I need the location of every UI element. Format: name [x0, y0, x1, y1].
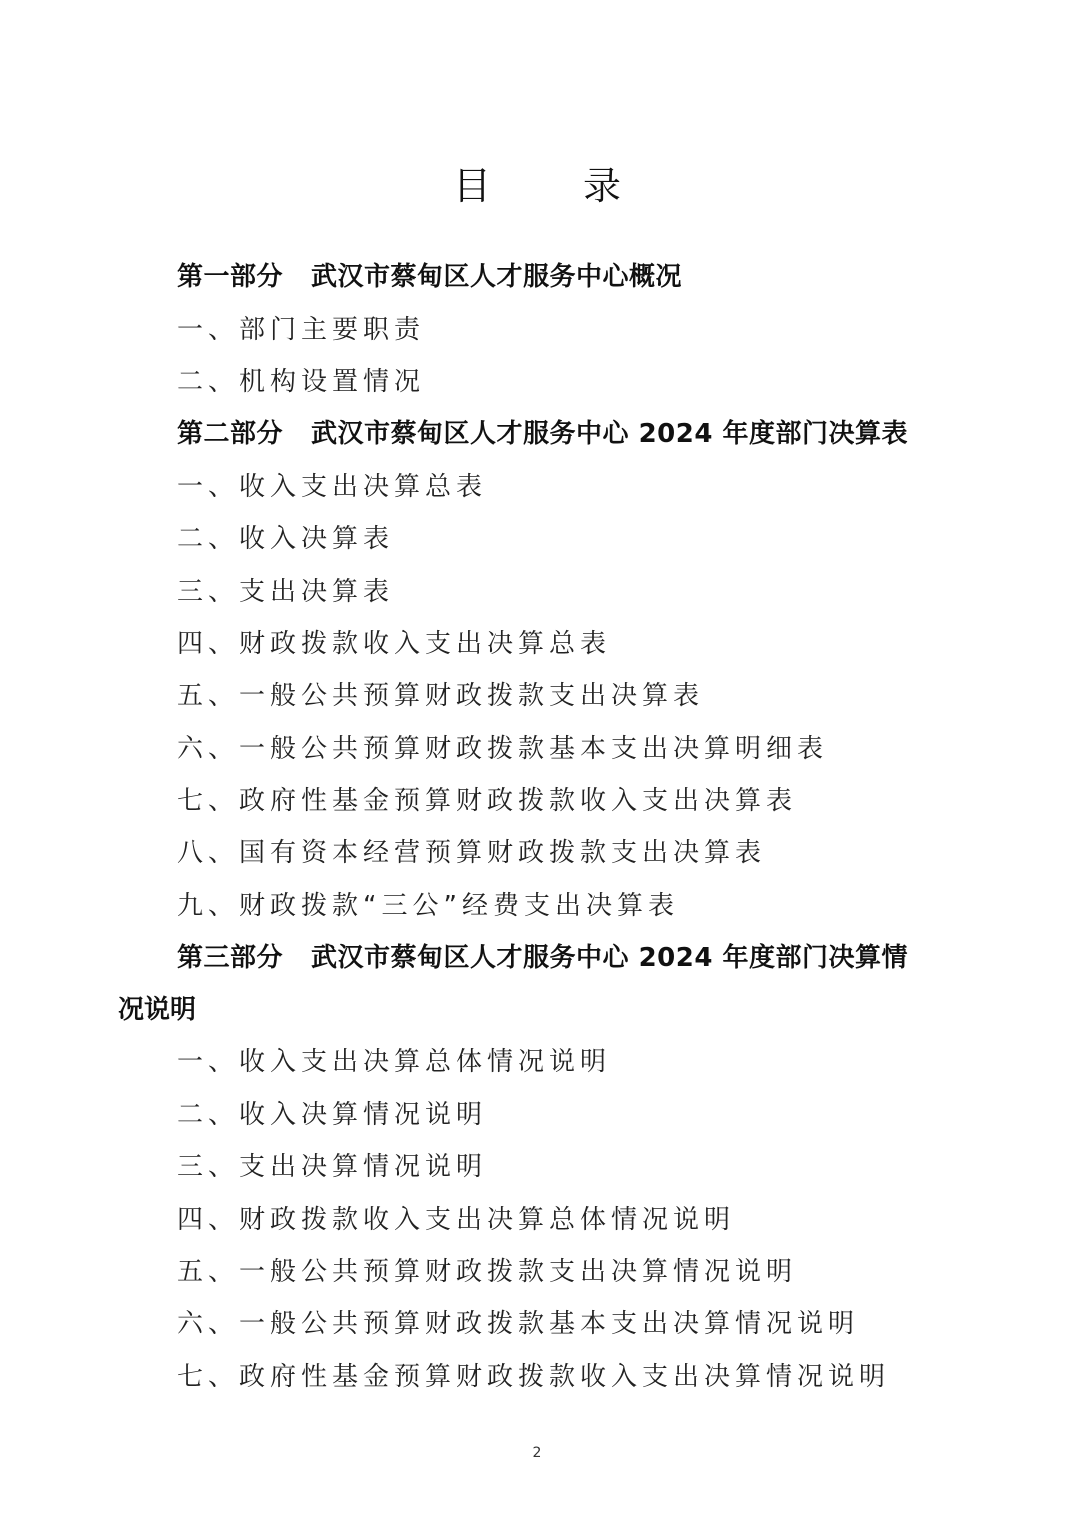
toc-item[interactable]: 六、一般公共预算财政拨款基本支出决算情况说明 — [177, 1307, 859, 1341]
toc-item[interactable]: 四、财政拨款收入支出决算总体情况说明 — [177, 1203, 735, 1237]
part1-label: 第一部分 — [177, 262, 283, 292]
part3-title: 武汉市蔡甸区人才服务中心 2024 年度部门决算情 — [311, 943, 908, 973]
part2-heading[interactable]: 第二部分武汉市蔡甸区人才服务中心 2024 年度部门决算表 — [177, 417, 908, 451]
toc-item[interactable]: 一、部门主要职责 — [177, 313, 425, 347]
toc-item[interactable]: 六、一般公共预算财政拨款基本支出决算明细表 — [177, 732, 828, 766]
part1-heading[interactable]: 第一部分武汉市蔡甸区人才服务中心概况 — [177, 260, 682, 294]
toc-item[interactable]: 一、收入支出决算总表 — [177, 470, 487, 504]
toc-item[interactable]: 五、一般公共预算财政拨款支出决算表 — [177, 679, 704, 713]
part3-label: 第三部分 — [177, 943, 283, 973]
toc-item[interactable]: 二、机构设置情况 — [177, 365, 425, 399]
part2-title: 武汉市蔡甸区人才服务中心 2024 年度部门决算表 — [311, 419, 908, 449]
part3-heading-wrap: 况说明 — [118, 993, 196, 1027]
toc-item[interactable]: 二、收入决算情况说明 — [177, 1098, 487, 1132]
toc-item[interactable]: 四、财政拨款收入支出决算总表 — [177, 627, 611, 661]
toc-title-char-1: 目 — [453, 155, 491, 210]
toc-item[interactable]: 一、收入支出决算总体情况说明 — [177, 1045, 611, 1079]
toc-title-char-2: 录 — [583, 155, 621, 210]
part3-heading[interactable]: 第三部分武汉市蔡甸区人才服务中心 2024 年度部门决算情 — [177, 941, 908, 975]
toc-item[interactable]: 八、国有资本经营预算财政拨款支出决算表 — [177, 836, 766, 870]
toc-item[interactable]: 三、支出决算情况说明 — [177, 1150, 487, 1184]
toc-item[interactable]: 五、一般公共预算财政拨款支出决算情况说明 — [177, 1255, 797, 1289]
toc-item[interactable]: 二、收入决算表 — [177, 522, 394, 556]
part1-title: 武汉市蔡甸区人才服务中心概况 — [311, 262, 682, 292]
toc-item[interactable]: 三、支出决算表 — [177, 575, 394, 609]
toc-title: 目 录 — [0, 155, 1074, 210]
toc-item[interactable]: 七、政府性基金预算财政拨款收入支出决算情况说明 — [177, 1360, 890, 1394]
part2-label: 第二部分 — [177, 419, 283, 449]
toc-item[interactable]: 七、政府性基金预算财政拨款收入支出决算表 — [177, 784, 797, 818]
toc-item[interactable]: 九、财政拨款“三公”经费支出决算表 — [177, 889, 679, 923]
page-number: 2 — [0, 1445, 1074, 1461]
